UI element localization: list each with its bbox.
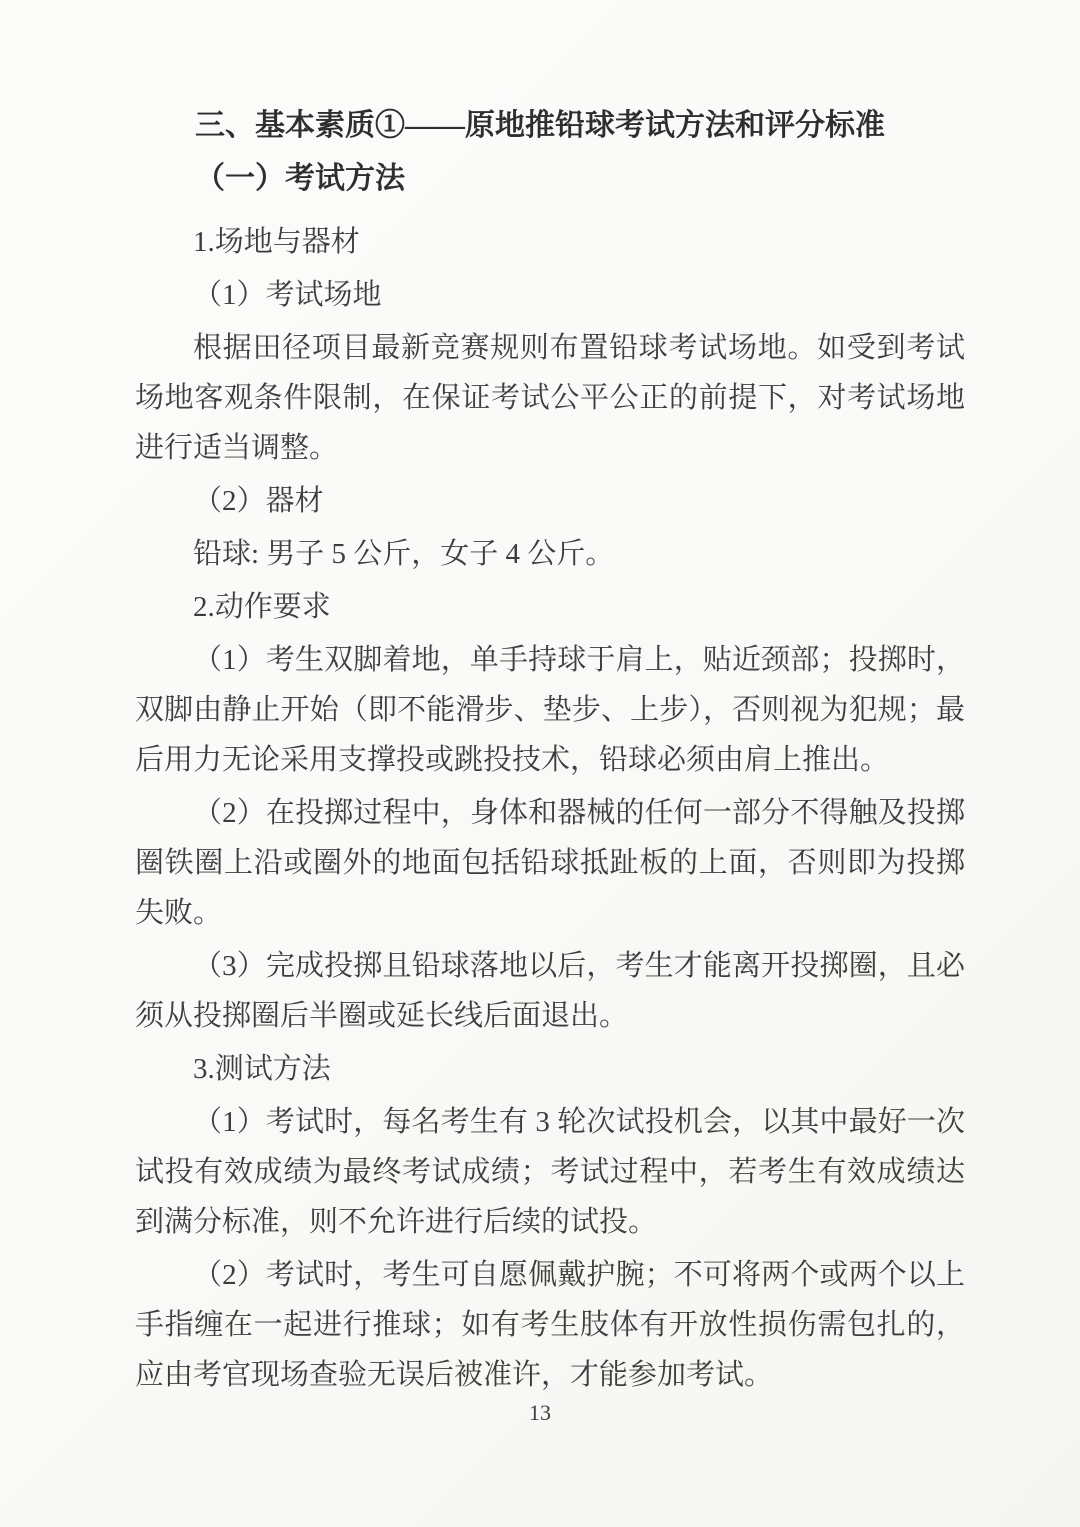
subitem-1-1-exam-venue: （1）考试场地 <box>135 270 965 320</box>
item-heading-3-test-method: 3.测试方法 <box>135 1044 965 1094</box>
para-action-req-2: （2）在投掷过程中，身体和器械的任何一部分不得触及投掷圈铁圈上沿或圈外的地面包括… <box>135 788 965 938</box>
para-shotput-weight: 铅球: 男子 5 公斤，女子 4 公斤。 <box>135 529 965 579</box>
para-venue-setup: 根据田径项目最新竞赛规则布置铅球考试场地。如受到考试场地客观条件限制，在保证考试… <box>135 323 965 473</box>
para-test-method-2: （2）考试时，考生可自愿佩戴护腕；不可将两个或两个以上手指缠在一起进行推球；如有… <box>135 1250 965 1400</box>
para-action-req-3: （3）完成投掷且铅球落地以后，考生才能离开投掷圈，且必须从投掷圈后半圈或延长线后… <box>135 941 965 1041</box>
heading-exam-method: （一）考试方法 <box>135 154 965 204</box>
doc-title: 三、基本素质①——原地推铅球考试方法和评分标准 <box>135 101 965 151</box>
para-action-req-1: （1）考生双脚着地，单手持球于肩上，贴近颈部；投掷时，双脚由静止开始（即不能滑步… <box>135 635 965 785</box>
para-test-method-1: （1）考试时，每名考生有 3 轮次试投机会，以其中最好一次试投有效成绩为最终考试… <box>135 1097 965 1247</box>
subitem-1-2-equipment: （2）器材 <box>135 476 965 526</box>
document-body: 三、基本素质①——原地推铅球考试方法和评分标准 （一）考试方法 1.场地与器材 … <box>135 101 965 1403</box>
document-page: 三、基本素质①——原地推铅球考试方法和评分标准 （一）考试方法 1.场地与器材 … <box>0 0 1080 1527</box>
item-heading-2-action-requirements: 2.动作要求 <box>135 582 965 632</box>
item-heading-1-venue-equipment: 1.场地与器材 <box>135 217 965 267</box>
page-number: 13 <box>0 1399 1080 1427</box>
